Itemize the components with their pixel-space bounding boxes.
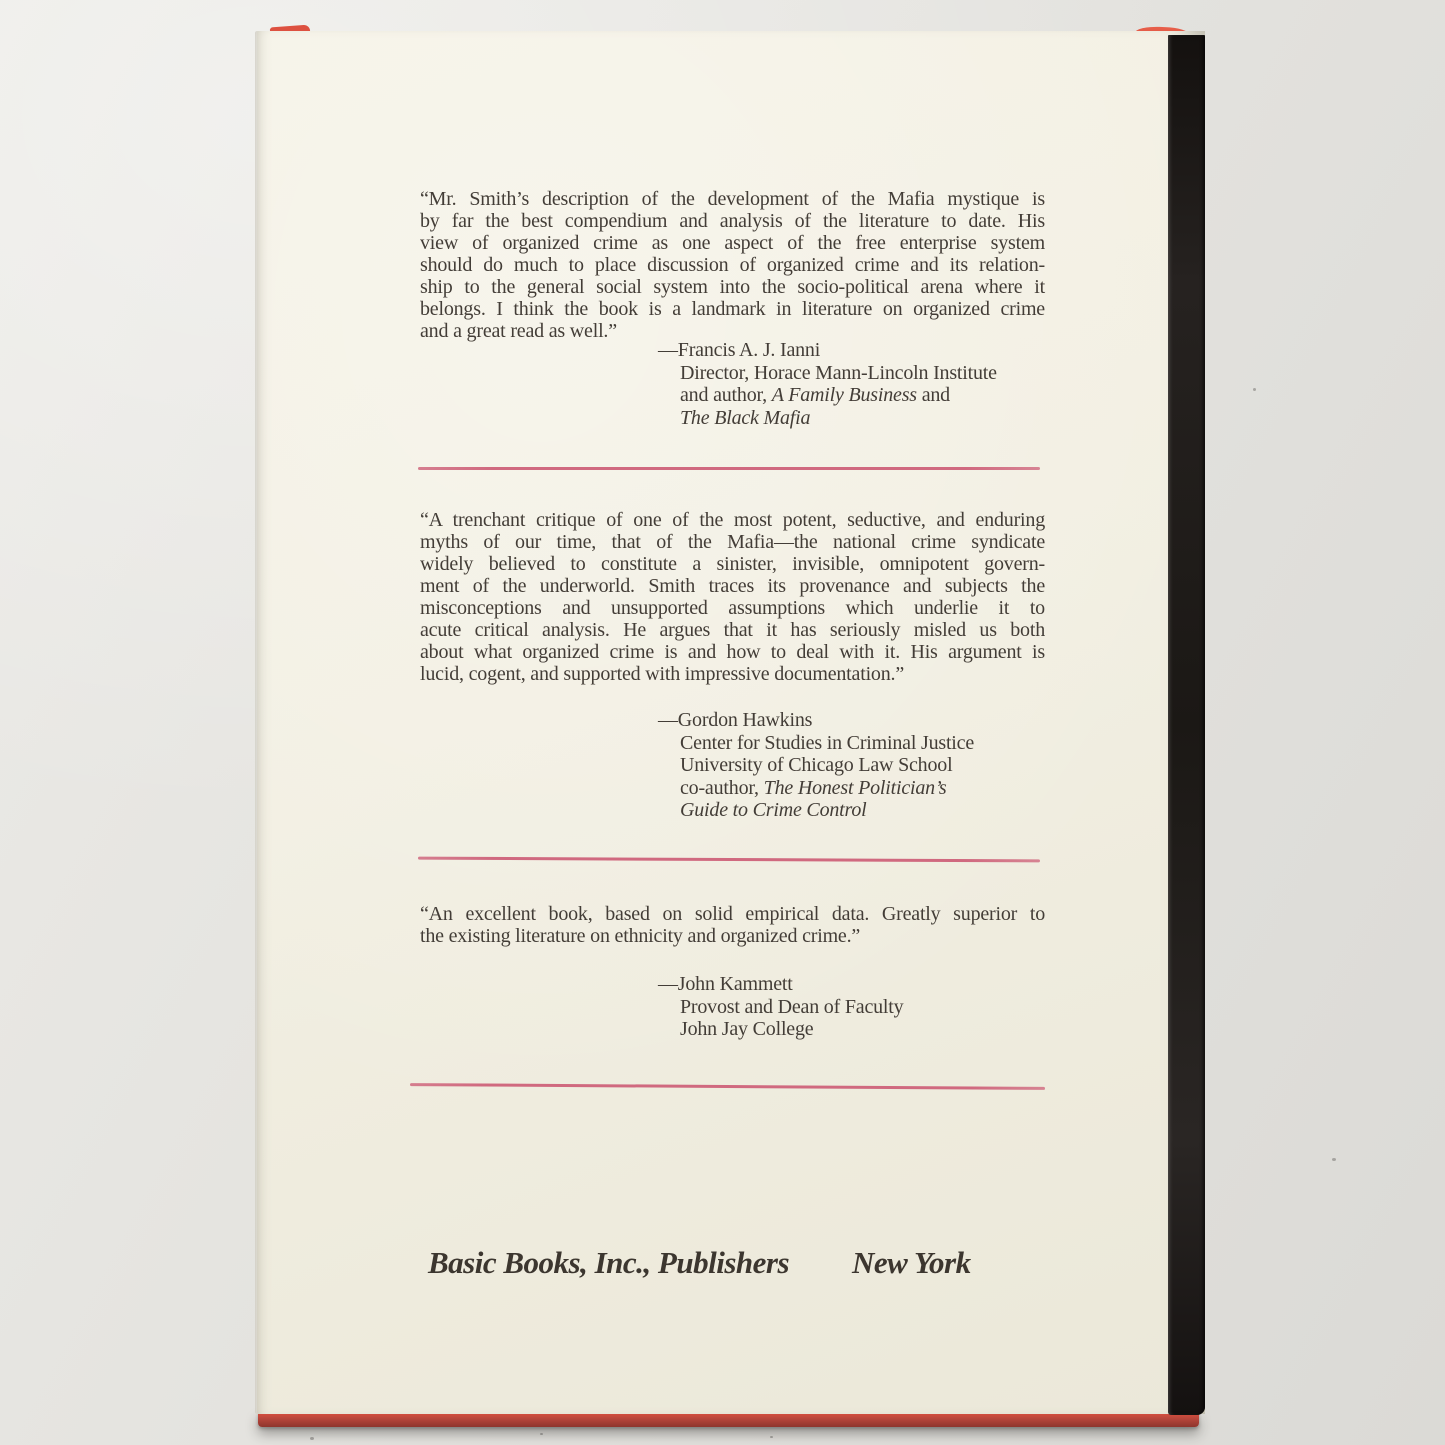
attribution-text: —Francis A. J. Ianni <box>658 339 820 361</box>
attribution-line: Guide to Crime Control <box>680 799 1120 822</box>
book: “Mr. Smith’s description of the developm… <box>255 26 1205 1427</box>
quote-line: about what organized crime is and how to… <box>420 641 1045 663</box>
book-board-bottom-edge <box>258 1412 1199 1427</box>
book-title-italic: A Family Business <box>772 384 917 406</box>
divider-rule-3 <box>410 1083 1045 1090</box>
quote-line: should do much to place discussion of or… <box>420 254 1045 276</box>
attribution-line: —Gordon Hawkins <box>680 709 1120 732</box>
attribution-text: —Gordon Hawkins <box>658 709 812 731</box>
blurb-quote-2: “A trenchant critique of one of the most… <box>420 509 1045 685</box>
book-title-italic: The Honest Politician’s <box>764 777 947 799</box>
attribution-text: and <box>917 384 950 406</box>
quote-line: ship to the general social system into t… <box>420 276 1045 298</box>
quote-line: by far the best compendium and analysis … <box>420 210 1045 232</box>
quote-line: belongs. I think the book is a landmark … <box>420 298 1045 320</box>
attribution-line: University of Chicago Law School <box>680 754 1120 777</box>
book-title-italic: Guide to Crime Control <box>680 799 867 821</box>
blurb-attribution-3: —John KammettProvost and Dean of Faculty… <box>680 973 1120 1041</box>
attribution-line: Director, Horace Mann-Lincoln Institute <box>680 362 1120 385</box>
quote-line: the existing literature on ethnicity and… <box>420 925 1045 947</box>
quote-line: lucid, cogent, and supported with impres… <box>420 663 1045 685</box>
divider-rule-1 <box>418 467 1040 470</box>
quote-line: misconceptions and unsupported assumptio… <box>420 597 1045 619</box>
blurb-attribution-2: —Gordon HawkinsCenter for Studies in Cri… <box>680 709 1120 822</box>
attribution-line: Provost and Dean of Faculty <box>680 996 1120 1019</box>
attribution-line: co-author, The Honest Politician’s <box>680 777 1120 800</box>
attribution-text: University of Chicago Law School <box>680 754 952 776</box>
attribution-text: Provost and Dean of Faculty <box>680 996 903 1018</box>
quote-line: “A trenchant critique of one of the most… <box>420 509 1045 531</box>
blurb-quote-1: “Mr. Smith’s description of the developm… <box>420 188 1045 342</box>
attribution-line: —John Kammett <box>680 973 1120 996</box>
back-cover-content: “Mr. Smith’s description of the developm… <box>255 31 1168 1414</box>
attribution-line: John Jay College <box>680 1018 1120 1041</box>
quote-line: acute critical analysis. He argues that … <box>420 619 1045 641</box>
photo-background: “Mr. Smith’s description of the developm… <box>0 0 1445 1445</box>
attribution-line: and author, A Family Business and <box>680 384 1120 407</box>
publisher-line: Basic Books, Inc., Publishers New York <box>428 1245 971 1281</box>
attribution-text: and author, <box>680 384 772 406</box>
publisher-city: New York <box>852 1245 971 1281</box>
quote-line: ment of the underworld. Smith traces its… <box>420 575 1045 597</box>
attribution-text: co-author, <box>680 777 764 799</box>
attribution-text: —John Kammett <box>658 973 793 995</box>
quote-line: widely believed to constitute a sinister… <box>420 553 1045 575</box>
blurb-quote-3: “An excellent book, based on solid empir… <box>420 903 1045 947</box>
divider-rule-2 <box>418 857 1040 863</box>
attribution-text: Director, Horace Mann-Lincoln Institute <box>680 362 997 384</box>
spine-strip <box>1168 35 1205 1415</box>
dust-speck <box>1253 388 1256 391</box>
attribution-text: Center for Studies in Criminal Justice <box>680 732 974 754</box>
dust-speck <box>540 1433 543 1435</box>
quote-line: myths of our time, that of the Mafia—the… <box>420 531 1045 553</box>
dust-speck <box>310 1437 314 1440</box>
dust-speck <box>770 1436 773 1438</box>
blurb-attribution-1: —Francis A. J. IanniDirector, Horace Man… <box>680 339 1120 429</box>
quote-line: “An excellent book, based on solid empir… <box>420 903 1045 925</box>
attribution-text: John Jay College <box>680 1018 813 1040</box>
publisher-name: Basic Books, Inc., Publishers <box>428 1245 789 1281</box>
dust-speck <box>1332 1158 1336 1161</box>
attribution-line: —Francis A. J. Ianni <box>680 339 1120 362</box>
attribution-line: Center for Studies in Criminal Justice <box>680 732 1120 755</box>
quote-line: view of organized crime as one aspect of… <box>420 232 1045 254</box>
quote-line: “Mr. Smith’s description of the developm… <box>420 188 1045 210</box>
book-title-italic: The Black Mafia <box>680 407 810 429</box>
attribution-line: The Black Mafia <box>680 407 1120 430</box>
